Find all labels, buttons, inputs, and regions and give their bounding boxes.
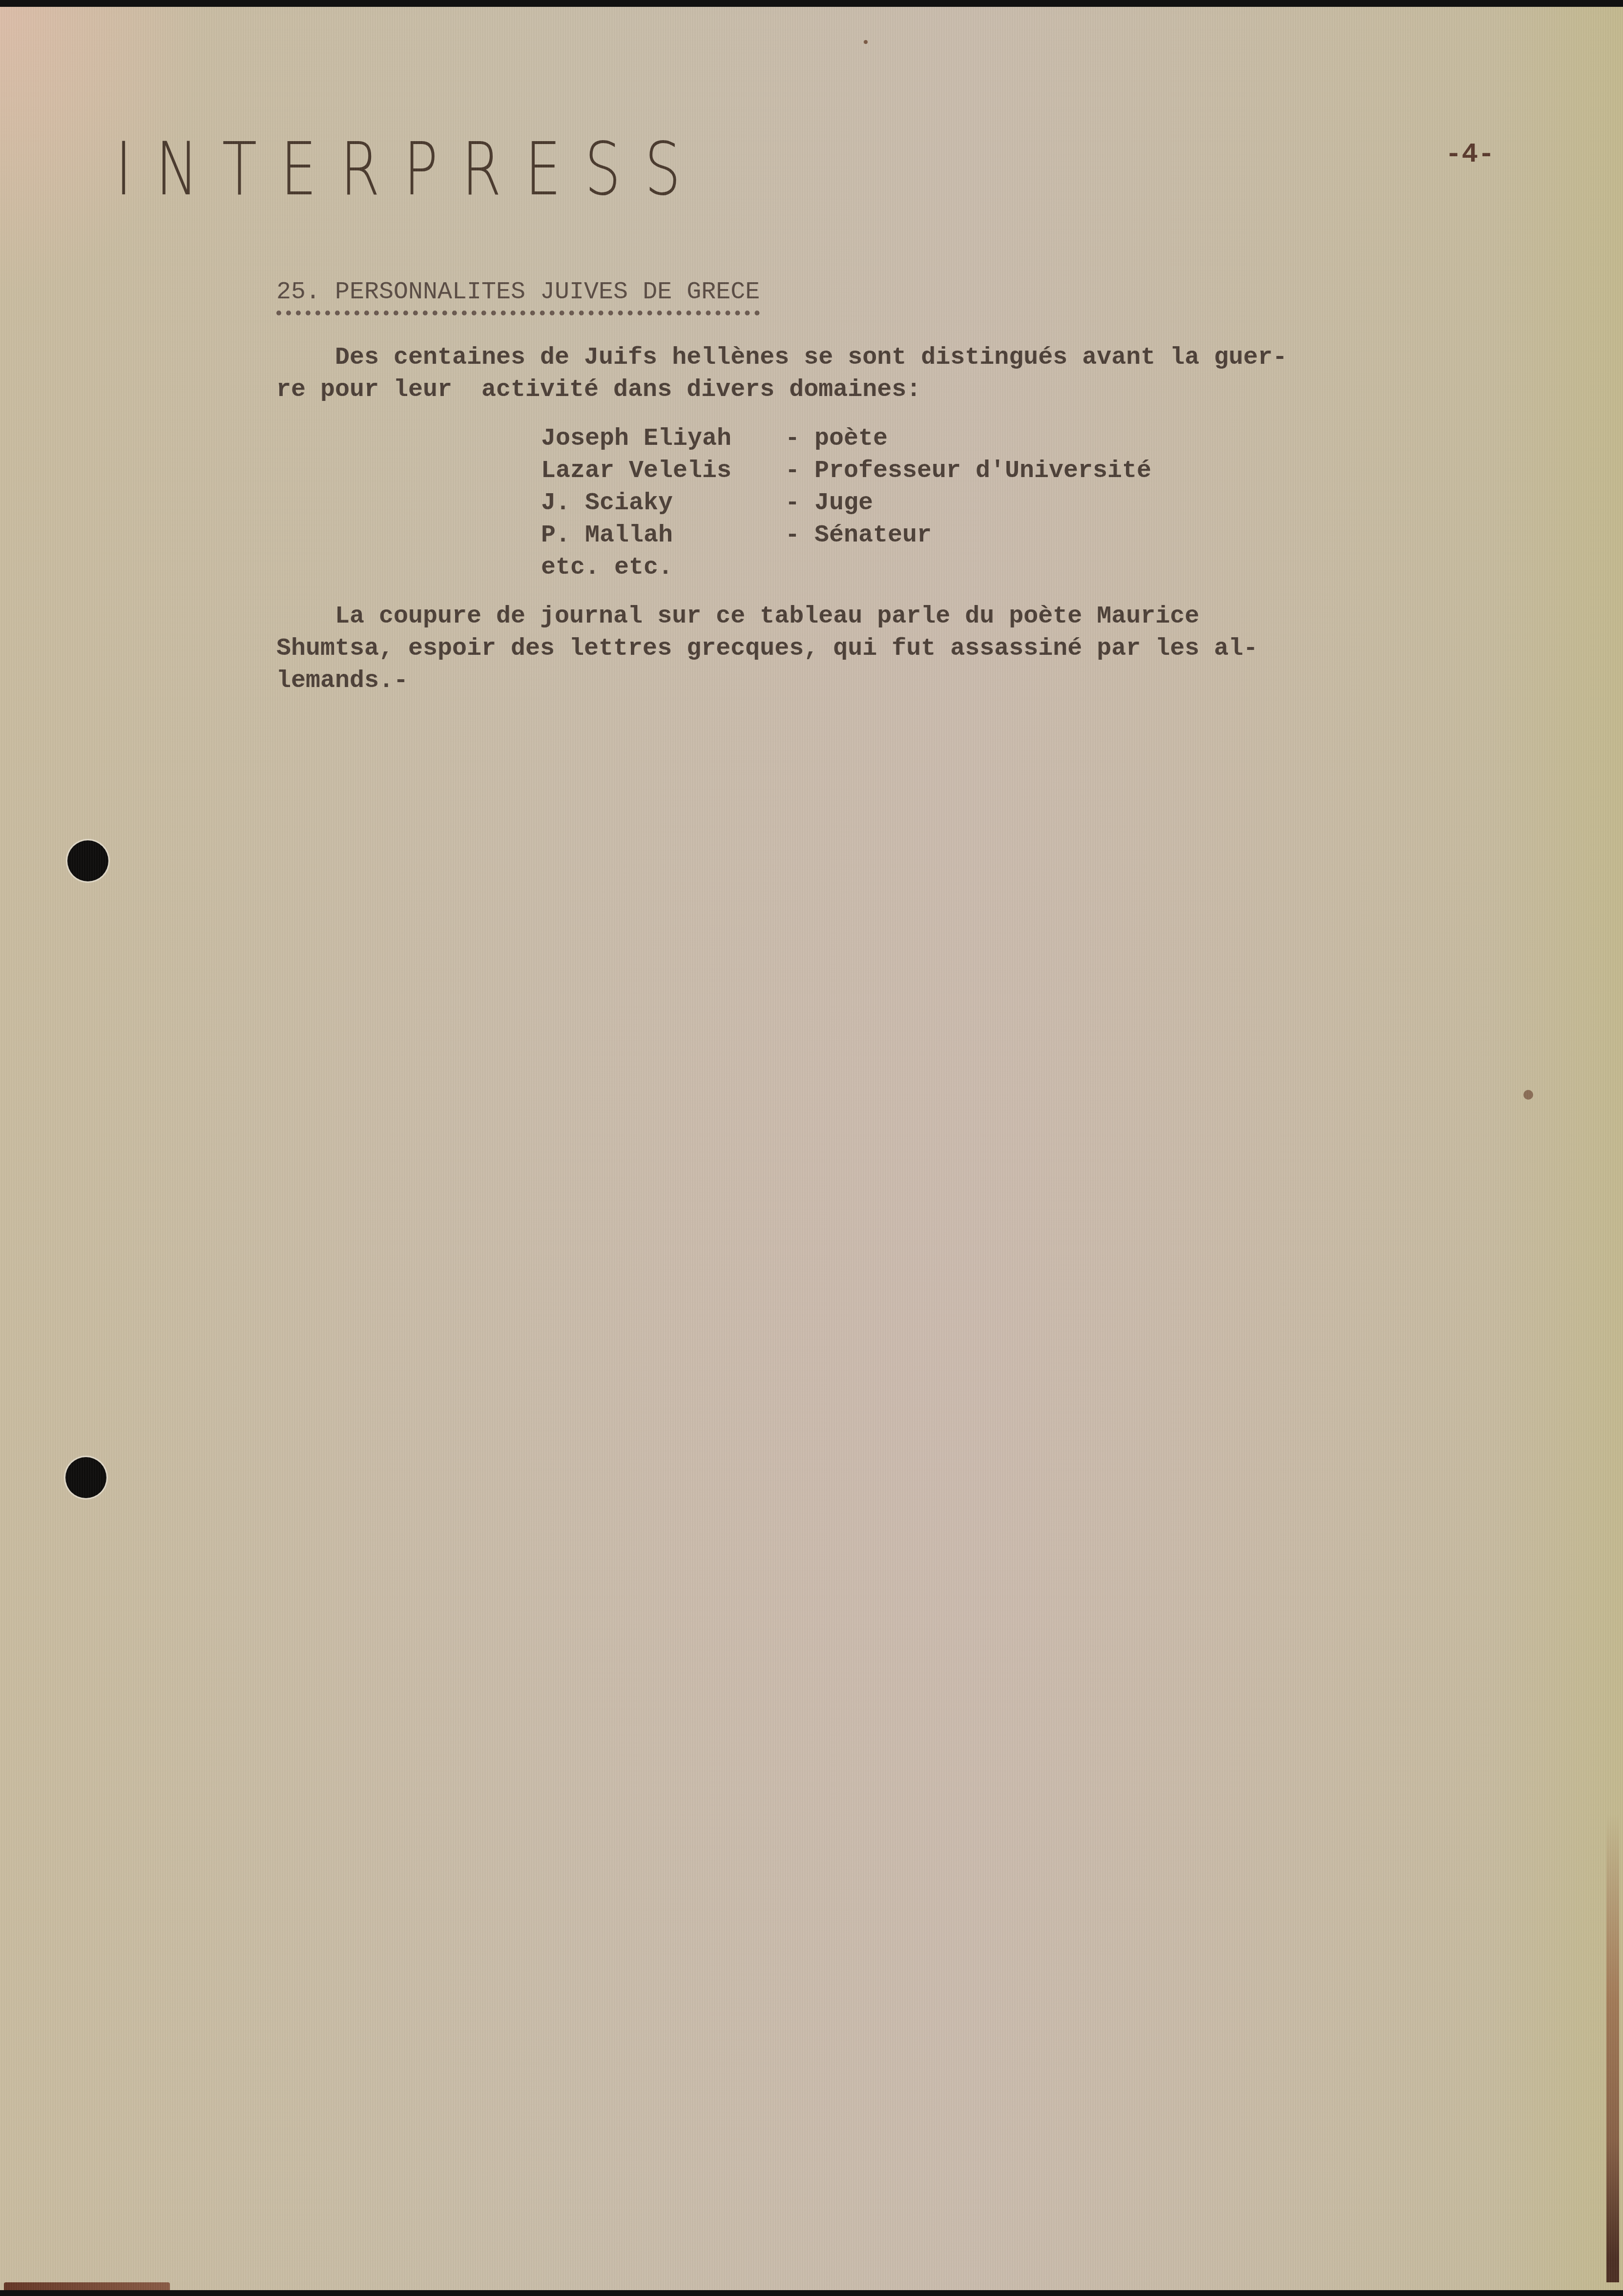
person-role: - Sénateur <box>785 522 932 549</box>
list-item: Lazar Velelis- Professeur d'Université <box>541 455 1151 487</box>
closing-paragraph: La coupure de journal sur ce tableau par… <box>276 601 1258 697</box>
person-role: - Juge <box>785 489 873 517</box>
page-number: -4- <box>1445 139 1495 170</box>
person-role: - poète <box>785 425 888 453</box>
person-name: J. Sciaky <box>541 487 785 520</box>
intro-paragraph: Des centaines de Juifs hellènes se sont … <box>276 342 1287 406</box>
intro-line-2: re pour leur activité dans divers domain… <box>276 376 921 404</box>
person-name: P. Mallah <box>541 520 785 552</box>
list-item: P. Mallah- Sénateur <box>541 520 1151 552</box>
closing-line-2: Shumtsa, espoir des lettres grecques, qu… <box>276 635 1258 663</box>
person-name: Joseph Eliyah <box>541 423 785 455</box>
punch-hole-bottom <box>65 1457 106 1498</box>
list-ending: etc. etc. <box>541 552 1151 584</box>
list-item: J. Sciaky- Juge <box>541 487 1151 520</box>
intro-line-1: Des centaines de Juifs hellènes se sont … <box>276 344 1287 372</box>
list-item: Joseph Eliyah- poète <box>541 423 1151 455</box>
person-name: Lazar Velelis <box>541 455 785 487</box>
paper-speck <box>1523 1090 1533 1100</box>
section-number: 25. <box>276 278 320 306</box>
closing-line-1: La coupure de journal sur ce tableau par… <box>276 603 1199 630</box>
person-role: - Professeur d'Université <box>785 457 1151 485</box>
personalities-list: Joseph Eliyah- poèteLazar Velelis- Profe… <box>541 423 1151 584</box>
letterhead-logo: INTERPRESS <box>115 133 705 206</box>
document-page: INTERPRESS -4- 25. PERSONNALITES JUIVES … <box>0 7 1623 2290</box>
punch-hole-top <box>67 840 108 881</box>
paper-speck <box>864 40 868 44</box>
section-title: PERSONNALITES JUIVES DE GRECE <box>335 278 760 306</box>
closing-line-3: lemands.- <box>276 667 408 695</box>
scan-border <box>0 2290 1623 2296</box>
section-heading: 25. PERSONNALITES JUIVES DE GRECE <box>276 276 760 315</box>
edge-stain-right <box>1606 1814 1619 2282</box>
